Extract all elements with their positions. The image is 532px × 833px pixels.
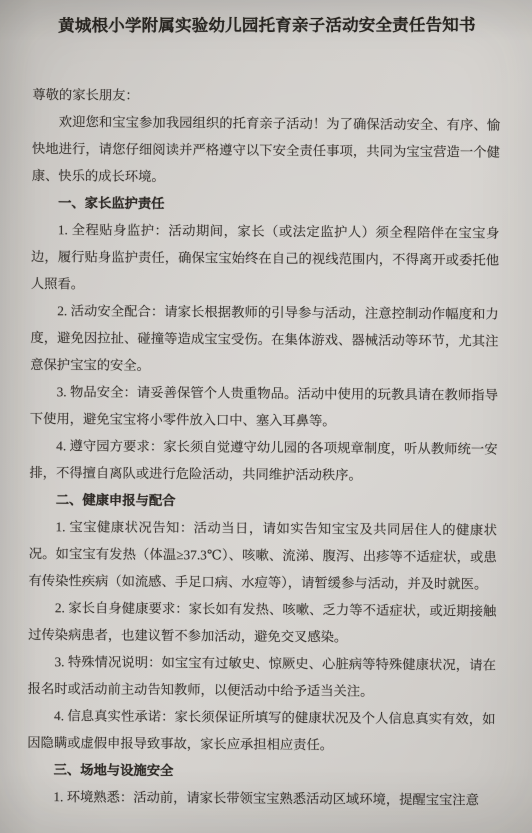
paragraph-guardianship-1: 1. 全程贴身监护：活动期间，家长（或法定监护人）须全程陪伴在宝宝身边，履行贴身… <box>31 216 500 301</box>
section-heading-health: 二、健康申报与配合 <box>29 486 497 517</box>
paragraph-health-4: 4. 信息真实性承诺：家长须保证所填写的健康状况及个人信息真实有效，如因隐瞒或虚… <box>27 702 495 760</box>
section-heading-guardianship: 一、家长监护责任 <box>31 189 499 220</box>
intro-paragraph: 欢迎您和宝宝参加我园组织的托育亲子活动！为了确保活动安全、有序、愉快地进行，请您… <box>32 108 501 193</box>
paragraph-health-2: 2. 家长自身健康要求：家长如有发热、咳嗽、乏力等不适症状，或近期接触过传染病患… <box>28 594 496 652</box>
paper-photo-background: 黄城根小学附属实验幼儿园托育亲子活动安全责任告知书 尊敬的家长朋友： 欢迎您和宝… <box>0 0 532 833</box>
document-title: 黄城根小学附属实验幼儿园托育亲子活动安全责任告知书 <box>33 15 501 36</box>
notice-document: 黄城根小学附属实验幼儿园托育亲子活动安全责任告知书 尊敬的家长朋友： 欢迎您和宝… <box>27 14 501 814</box>
paragraph-guardianship-4: 4. 遵守园方要求：家长须自觉遵守幼儿园的各项规章制度，听从教师统一安排，不得擅… <box>29 432 497 490</box>
paragraph-guardianship-2: 2. 活动安全配合：请家长根据教师的引导参与活动，注意控制动作幅度和力度，避免因… <box>30 297 499 382</box>
paragraph-health-3: 3. 特殊情况说明：如宝宝有过敏史、惊厥史、心脏病等特殊健康状况，请在报名时或活… <box>28 648 496 706</box>
section-heading-venue: 三、场地与设施安全 <box>27 756 495 787</box>
salutation: 尊敬的家长朋友： <box>32 81 500 112</box>
paragraph-health-1: 1. 宝宝健康状况告知：活动当日，请如实告知宝宝及共同居住人的健康状况。如宝宝有… <box>28 513 497 598</box>
paragraph-guardianship-3: 3. 物品安全：请妥善保管个人贵重物品。活动中使用的玩教具请在教师指导下使用，避… <box>30 378 498 436</box>
paragraph-venue-1: 1. 环境熟悉：活动前，请家长带领宝宝熟悉活动区域环境，提醒宝宝注意 <box>27 783 495 814</box>
